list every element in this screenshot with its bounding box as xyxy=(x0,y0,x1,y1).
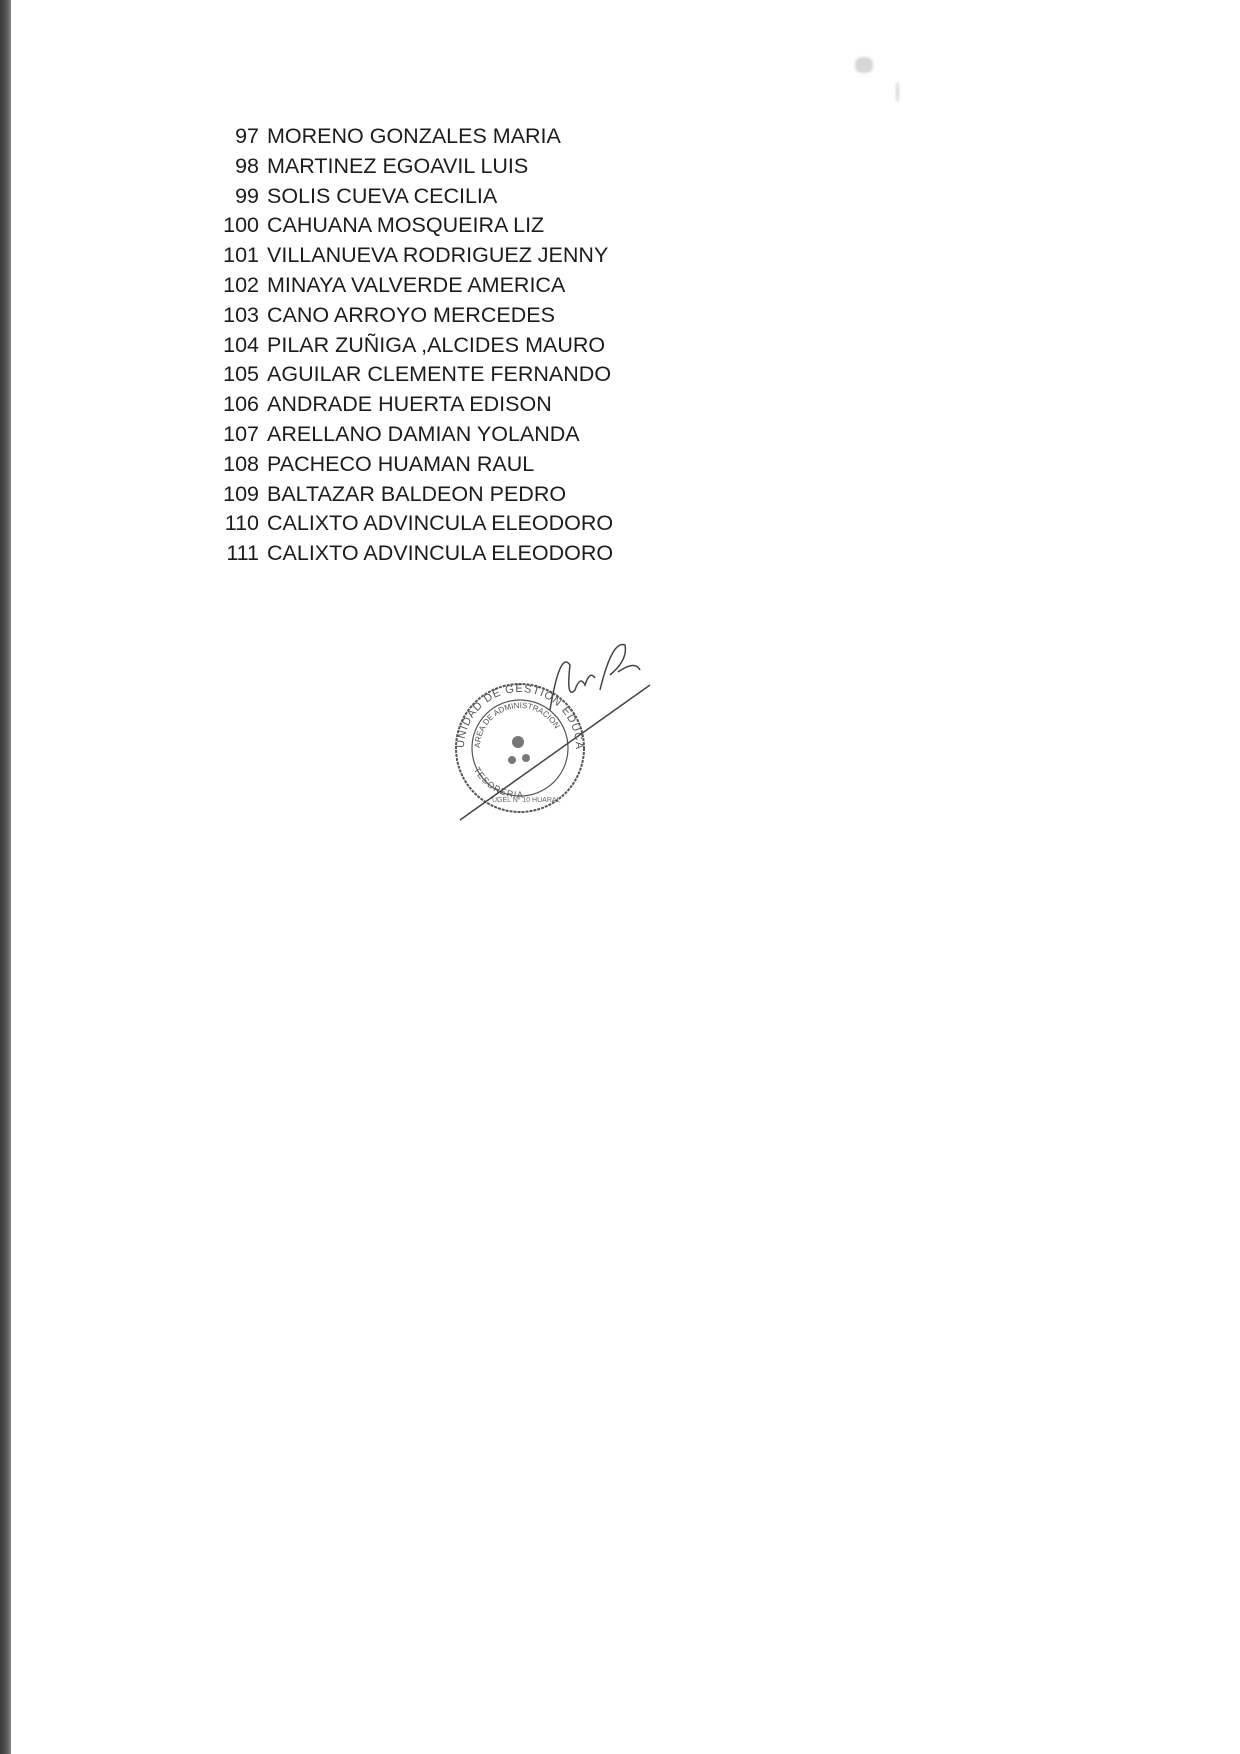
list-item: 110CALIXTO ADVINCULA ELEODORO xyxy=(200,509,613,539)
item-number: 99 xyxy=(200,182,267,212)
scan-edge xyxy=(0,0,11,1754)
scan-smudge xyxy=(855,57,873,73)
list-item: 107ARELLANO DAMIAN YOLANDA xyxy=(200,420,613,450)
svg-text:UNIDAD DE GESTION EDUCATIVA LO: UNIDAD DE GESTION EDUCATIVA LOCAL xyxy=(440,630,585,750)
list-item: 101VILLANUEVA RODRIGUEZ JENNY xyxy=(200,241,613,271)
item-name: BALTAZAR BALDEON PEDRO xyxy=(267,480,566,510)
list-item: 102MINAYA VALVERDE AMERICA xyxy=(200,271,613,301)
item-name: ARELLANO DAMIAN YOLANDA xyxy=(267,420,580,450)
official-stamp-with-signature: UNIDAD DE GESTION EDUCATIVA LOCAL AREA D… xyxy=(440,630,680,830)
item-number: 108 xyxy=(200,450,267,480)
item-number: 97 xyxy=(200,122,267,152)
item-name: PILAR ZUÑIGA ,ALCIDES MAURO xyxy=(267,331,605,361)
item-name: CAHUANA MOSQUEIRA LIZ xyxy=(267,211,544,241)
item-number: 107 xyxy=(200,420,267,450)
list-item: 111CALIXTO ADVINCULA ELEODORO xyxy=(200,539,613,569)
item-name: SOLIS CUEVA CECILIA xyxy=(267,182,497,212)
item-name: MARTINEZ EGOAVIL LUIS xyxy=(267,152,528,182)
name-list: 97MORENO GONZALES MARIA98MARTINEZ EGOAVI… xyxy=(200,122,613,569)
item-number: 101 xyxy=(200,241,267,271)
item-name: MORENO GONZALES MARIA xyxy=(267,122,561,152)
list-item: 108PACHECO HUAMAN RAUL xyxy=(200,450,613,480)
item-number: 109 xyxy=(200,480,267,510)
item-name: ANDRADE HUERTA EDISON xyxy=(267,390,552,420)
list-item: 98MARTINEZ EGOAVIL LUIS xyxy=(200,152,613,182)
scan-smudge xyxy=(896,82,899,102)
item-number: 106 xyxy=(200,390,267,420)
list-item: 103CANO ARROYO MERCEDES xyxy=(200,301,613,331)
list-item: 109BALTAZAR BALDEON PEDRO xyxy=(200,480,613,510)
item-number: 98 xyxy=(200,152,267,182)
item-number: 104 xyxy=(200,331,267,361)
item-number: 100 xyxy=(200,211,267,241)
item-number: 102 xyxy=(200,271,267,301)
list-item: 105AGUILAR CLEMENTE FERNANDO xyxy=(200,360,613,390)
list-item: 100CAHUANA MOSQUEIRA LIZ xyxy=(200,211,613,241)
item-name: MINAYA VALVERDE AMERICA xyxy=(267,271,565,301)
list-item: 104PILAR ZUÑIGA ,ALCIDES MAURO xyxy=(200,331,613,361)
item-number: 111 xyxy=(200,539,267,569)
svg-text:TESORERIA: TESORERIA xyxy=(472,765,524,799)
list-item: 97MORENO GONZALES MARIA xyxy=(200,122,613,152)
item-number: 110 xyxy=(200,509,267,539)
item-name: CALIXTO ADVINCULA ELEODORO xyxy=(267,539,613,569)
item-name: VILLANUEVA RODRIGUEZ JENNY xyxy=(267,241,608,271)
item-name: CANO ARROYO MERCEDES xyxy=(267,301,555,331)
item-number: 103 xyxy=(200,301,267,331)
item-name: AGUILAR CLEMENTE FERNANDO xyxy=(267,360,611,390)
item-name: PACHECO HUAMAN RAUL xyxy=(267,450,534,480)
item-name: CALIXTO ADVINCULA ELEODORO xyxy=(267,509,613,539)
list-item: 99SOLIS CUEVA CECILIA xyxy=(200,182,613,212)
list-item: 106ANDRADE HUERTA EDISON xyxy=(200,390,613,420)
svg-text:UGEL Nº 10 HUARAL: UGEL Nº 10 HUARAL xyxy=(492,797,561,804)
item-number: 105 xyxy=(200,360,267,390)
